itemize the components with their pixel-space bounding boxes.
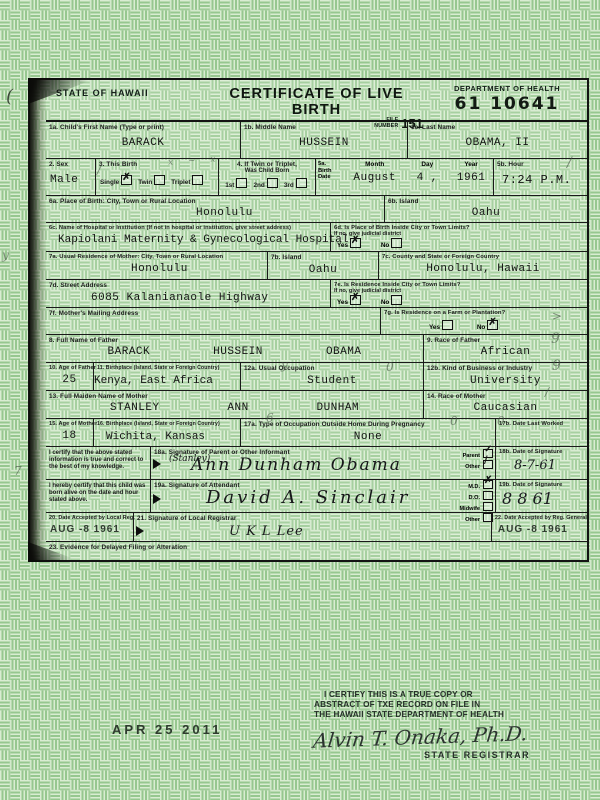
field-7b-value: Oahu bbox=[268, 264, 378, 276]
field-21: 21. Signature of Local Registrar U K L L… bbox=[134, 513, 492, 541]
field-7d: 7d. Street Address 6085 Kalanianaole Hig… bbox=[46, 280, 331, 307]
field-7a: 7a. Usual Residence of Mother: City, Tow… bbox=[46, 252, 268, 279]
field-9-label: 9. Race of Father bbox=[424, 335, 587, 344]
field-23-label: 23. Evidence for Delayed Filing or Alter… bbox=[46, 542, 587, 551]
checkbox-6d-no bbox=[391, 238, 402, 248]
checkbox-do bbox=[483, 491, 493, 500]
row-mother-name: 13. Full Maiden Name of Mother STANLEY A… bbox=[46, 391, 587, 419]
mother-middle-name: ANN bbox=[227, 402, 248, 414]
pencil-mark: > bbox=[552, 309, 562, 323]
received-date-stamp: APR 25 2011 bbox=[112, 722, 222, 737]
certification-line-3: THE HAWAII STATE DEPARTMENT OF HEALTH bbox=[314, 710, 584, 720]
field-17a-value: None bbox=[241, 431, 495, 443]
field-4: 4. If Twin or Triplet, Was Child Born 1s… bbox=[219, 159, 316, 195]
field-17b: 17b. Date Last Worked bbox=[496, 419, 587, 446]
month-value: August bbox=[344, 172, 405, 184]
field-7c-label: 7c. County and State or Foreign Country bbox=[379, 252, 587, 260]
attendant-signature: David A. Sinclair bbox=[206, 487, 410, 508]
field-20: 20. Date Accepted by Local Reg. AUG -8 1… bbox=[46, 513, 134, 541]
option-2nd-label: 2nd bbox=[253, 182, 264, 189]
field-6b-label: 6b. Island bbox=[385, 196, 587, 205]
certification-line-1: I CERTIFY THIS IS A TRUE COPY OR bbox=[314, 690, 584, 700]
field-16-value: Wichita, Kansas bbox=[106, 431, 240, 443]
certificate-number: 61 10641 bbox=[427, 94, 587, 114]
checkbox-7e-no bbox=[391, 295, 402, 305]
certify-statement-attendant-text: I hereby certify that this child was bor… bbox=[46, 480, 150, 504]
field-16-label: 16. Birthplace (Island, State or Foreign… bbox=[94, 419, 240, 427]
year-header: Year bbox=[449, 159, 493, 168]
field-6b-value: Oahu bbox=[385, 207, 587, 219]
field-11-value: Kenya, East Africa bbox=[94, 375, 240, 387]
checkbox-7g-no: ✗ bbox=[487, 320, 498, 330]
field-19b-label: 19b. Date of Signature bbox=[496, 480, 587, 488]
field-21-label: 21. Signature of Local Registrar bbox=[134, 513, 491, 522]
option-single-label: Single bbox=[100, 179, 119, 186]
field-5b-value: 7:24 P.M. bbox=[502, 173, 587, 187]
option-twin-label: Twin bbox=[138, 179, 152, 186]
signature-arrow-icon bbox=[153, 459, 161, 469]
field-1c-label: 1c. Last Name bbox=[408, 122, 587, 131]
field-1b-value: HUSSEIN bbox=[241, 137, 407, 149]
checkbox-6d-yes: ✗ bbox=[350, 238, 361, 248]
parent-option-label: Parent bbox=[463, 453, 480, 459]
field-7e: 7e. Is Residence Inside City or Town Lim… bbox=[331, 280, 587, 307]
field-1b: 1b. Middle Name HUSSEIN bbox=[241, 122, 408, 158]
row-residence: 7a. Usual Residence of Mother: City, Tow… bbox=[46, 252, 587, 280]
field-15: 15. Age of Mother 18 bbox=[46, 419, 94, 446]
checkbox-2nd bbox=[267, 178, 278, 188]
row-attendant-signature: I hereby certify that this child was bor… bbox=[46, 480, 587, 513]
field-12b-value: University bbox=[424, 375, 587, 387]
field-9-value: African bbox=[424, 346, 587, 358]
field-7d-value: 6085 Kalanianaole Highway bbox=[91, 292, 330, 304]
row-registrar: 20. Date Accepted by Local Reg. AUG -8 1… bbox=[46, 513, 587, 542]
field-5a-label: 5a. Birth Date bbox=[316, 159, 344, 195]
pencil-mark: y bbox=[281, 358, 288, 372]
field-5b-label: 5b. Hour bbox=[494, 159, 587, 168]
checkbox-twin bbox=[154, 175, 165, 185]
field-14-value: Caucasian bbox=[424, 402, 587, 414]
field-7c: 7c. County and State or Foreign Country … bbox=[379, 252, 587, 279]
row-place-of-birth: 6a. Place of Birth: City, Town or Rural … bbox=[46, 196, 587, 223]
pencil-mark: 0 bbox=[450, 414, 458, 428]
parent-signature: Ann Dunham Obama bbox=[191, 455, 402, 475]
day-value: 4 , bbox=[405, 172, 449, 184]
field-20-stamp: AUG -8 1961 bbox=[50, 524, 133, 535]
year-value: 1961 bbox=[449, 172, 493, 184]
father-first-name: BARACK bbox=[108, 346, 151, 358]
pencil-mark: / bbox=[97, 163, 101, 177]
field-16: 16. Birthplace (Island, State or Foreign… bbox=[94, 419, 241, 446]
field-6c-value: Kapiolani Maternity & Gynecological Hosp… bbox=[58, 234, 330, 246]
field-14: 14. Race of Mother Caucasian bbox=[424, 391, 587, 418]
book-binding-shadow bbox=[29, 79, 46, 561]
form-header: STATE OF HAWAII CERTIFICATE OF LIVE BIRT… bbox=[46, 80, 587, 122]
checkbox-7e-yes: ✗ bbox=[350, 295, 361, 305]
field-7a-value: Honolulu bbox=[131, 263, 267, 275]
form-title: CERTIFICATE OF LIVE BIRTH bbox=[206, 86, 427, 118]
field-13: 13. Full Maiden Name of Mother STANLEY A… bbox=[46, 391, 424, 418]
department-label: DEPARTMENT OF HEALTH bbox=[427, 84, 587, 93]
field-12a-label: 12a. Usual Occupation bbox=[241, 363, 423, 372]
checkbox-midwife bbox=[483, 502, 493, 511]
field-22-label: 22. Date Accepted by Reg. General bbox=[492, 513, 587, 521]
field-6a-value: Honolulu bbox=[196, 207, 384, 219]
field-18b-value: 8-7-61 bbox=[514, 458, 587, 473]
field-4-label2: Was Child Born bbox=[219, 168, 315, 174]
field-18a: 18a. Signature of Parent or Other Inform… bbox=[151, 447, 496, 479]
field-19a: 19a. Signature of Attendant David A. Sin… bbox=[151, 480, 496, 512]
checkbox-single: ✗ bbox=[121, 175, 132, 185]
field-1c: 1c. Last Name OBAMA, II bbox=[408, 122, 587, 158]
field-19b: 19b. Date of Signature 8 8 61 bbox=[496, 480, 587, 512]
field-7e-sub: If no, give judicial district bbox=[331, 288, 587, 294]
field-20-label: 20. Date Accepted by Local Reg. bbox=[46, 513, 133, 521]
field-7c-value: Honolulu, Hawaii bbox=[379, 263, 587, 275]
row-father-details: 10. Age of Father 25 11. Birthplace (Isl… bbox=[46, 363, 587, 391]
field-1a-value: BARACK bbox=[46, 137, 240, 149]
field-6d: 6d. Is Place of Birth Inside City or Tow… bbox=[331, 223, 587, 251]
checkbox-1st bbox=[236, 178, 247, 188]
field-1b-label: 1b. Middle Name bbox=[241, 122, 407, 131]
field-7g-no-label: No bbox=[477, 324, 486, 331]
pencil-mark: 0 bbox=[386, 360, 394, 374]
birth-certificate-form: STATE OF HAWAII CERTIFICATE OF LIVE BIRT… bbox=[28, 78, 589, 562]
pencil-mark: / bbox=[545, 385, 549, 399]
pencil-mark: / bbox=[567, 155, 572, 171]
field-9: 9. Race of Father African bbox=[424, 335, 587, 362]
pencil-mark: 0 bbox=[497, 414, 505, 428]
certification-block: I CERTIFY THIS IS A TRUE COPY OR ABSTRAC… bbox=[314, 690, 584, 760]
row-mother-details: 15. Age of Mother 18 16. Birthplace (Isl… bbox=[46, 419, 587, 447]
field-13-label: 13. Full Maiden Name of Mother bbox=[46, 391, 423, 400]
field-7b: 7b. Island Oahu bbox=[268, 252, 379, 279]
mother-first-name: STANLEY bbox=[110, 402, 160, 414]
option-1st-label: 1st bbox=[225, 182, 234, 189]
do-option-label: D.O. bbox=[469, 495, 481, 501]
day-header: Day bbox=[405, 159, 449, 168]
row-hospital: 6c. Name of Hospital or Institution (If … bbox=[46, 223, 587, 252]
field-2: 2. Sex Male bbox=[46, 159, 96, 195]
midwife-option-label: Midwife bbox=[459, 506, 480, 512]
field-6d-yes-label: Yes bbox=[337, 242, 348, 249]
field-2-value: Male bbox=[50, 174, 95, 186]
certify-statement-parent-text: I certify that the above stated informat… bbox=[46, 447, 150, 471]
month-header: Month bbox=[344, 159, 405, 168]
row-mailing-address: 7f. Mother's Mailing Address 7g. Is Resi… bbox=[46, 308, 587, 335]
field-6c-label: 6c. Name of Hospital or Institution (If … bbox=[46, 223, 330, 231]
field-8-label: 8. Full Name of Father bbox=[46, 335, 423, 344]
checkbox-7g-yes bbox=[442, 320, 453, 330]
field-2-label: 2. Sex bbox=[46, 159, 95, 168]
field-6a-label: 6a. Place of Birth: City, Town or Rural … bbox=[46, 196, 384, 205]
row-street-address: 7d. Street Address 6085 Kalanianaole Hig… bbox=[46, 280, 587, 308]
field-7f: 7f. Mother's Mailing Address bbox=[46, 308, 381, 334]
state-registrar-signature: Alvin T. Onaka, Ph.D. bbox=[312, 719, 586, 752]
field-6b: 6b. Island Oahu bbox=[385, 196, 587, 222]
field-11-label: 11. Birthplace (Island, State or Foreign… bbox=[94, 363, 240, 371]
field-12a: 12a. Usual Occupation Student bbox=[241, 363, 424, 390]
mother-maiden-name: DUNHAM bbox=[316, 402, 359, 414]
field-22: 22. Date Accepted by Reg. General AUG -8… bbox=[492, 513, 587, 541]
signature-arrow-icon bbox=[153, 494, 161, 504]
md-option-label: M.D. bbox=[468, 484, 480, 490]
scanned-birth-certificate-page: { "header": { "state": "STATE OF HAWAII"… bbox=[0, 0, 600, 800]
field-6c: 6c. Name of Hospital or Institution (If … bbox=[46, 223, 331, 251]
field-15-label: 15. Age of Mother bbox=[46, 419, 93, 427]
certify-statement-parent: I certify that the above stated informat… bbox=[46, 447, 151, 479]
field-7e-no-label: No bbox=[381, 299, 390, 306]
field-12a-value: Student bbox=[241, 375, 423, 387]
field-10-value: 25 bbox=[46, 374, 93, 386]
field-4-label1: 4. If Twin or Triplet, bbox=[219, 159, 315, 168]
field-14-label: 14. Race of Mother bbox=[424, 391, 587, 400]
field-10-label: 10. Age of Father bbox=[46, 363, 93, 371]
field-23: 23. Evidence for Delayed Filing or Alter… bbox=[46, 542, 587, 560]
field-10: 10. Age of Father 25 bbox=[46, 363, 94, 390]
field-1a-label: 1a. Child's First Name (Type or print) bbox=[46, 122, 240, 131]
pencil-mark: 7 bbox=[14, 464, 22, 478]
row-sex-birth-date: 2. Sex Male 3. This Birth Single✗ Twin T… bbox=[46, 159, 587, 196]
field-12b: 12b. Kind of Business or Industry Univer… bbox=[424, 363, 587, 390]
pencil-mark: ( bbox=[6, 86, 13, 107]
field-6d-label: 6d. Is Place of Birth Inside City or Tow… bbox=[331, 223, 587, 231]
field-7a-label: 7a. Usual Residence of Mother: City, Tow… bbox=[46, 252, 267, 260]
field-7f-label: 7f. Mother's Mailing Address bbox=[46, 308, 380, 317]
field-7e-label: 7e. Is Residence Inside City or Town Lim… bbox=[331, 280, 587, 288]
certification-line-2: ABSTRACT OF TXE RECORD ON FILE IN bbox=[314, 700, 584, 710]
option-3rd-label: 3rd bbox=[284, 182, 294, 189]
field-6a: 6a. Place of Birth: City, Town or Rural … bbox=[46, 196, 385, 222]
signature-arrow-icon bbox=[136, 526, 144, 536]
row-delayed-filing: 23. Evidence for Delayed Filing or Alter… bbox=[46, 542, 587, 560]
other-option-label: Other bbox=[465, 464, 480, 470]
field-7b-label: 7b. Island bbox=[268, 252, 378, 261]
field-5b: 5b. Hour 7:24 P.M. bbox=[494, 159, 587, 195]
field-1a: 1a. Child's First Name (Type or print) B… bbox=[46, 122, 241, 158]
row-father-name: 8. Full Name of Father BARACK HUSSEIN OB… bbox=[46, 335, 587, 363]
field-22-stamp: AUG -8 1961 bbox=[498, 524, 587, 535]
field-8: 8. Full Name of Father BARACK HUSSEIN OB… bbox=[46, 335, 424, 362]
checkbox-md: ✗ bbox=[483, 480, 493, 489]
checkbox-other-informant: / bbox=[483, 460, 493, 469]
certify-statement-attendant: I hereby certify that this child was bor… bbox=[46, 480, 151, 512]
field-7g-yes-label: Yes bbox=[429, 324, 440, 331]
field-18b: 18b. Date of Signature 8-7-61 bbox=[496, 447, 587, 479]
pencil-mark: y bbox=[2, 248, 9, 262]
pencil-mark: 6 bbox=[266, 411, 274, 425]
row-parent-signature: I certify that the above stated informat… bbox=[46, 447, 587, 480]
row-child-name: 1a. Child's First Name (Type or print) B… bbox=[46, 122, 587, 159]
field-7e-yes-label: Yes bbox=[337, 299, 348, 306]
pencil-mark: 9 bbox=[551, 331, 560, 347]
field-1c-value: OBAMA, II bbox=[408, 137, 587, 149]
checkbox-3rd bbox=[296, 178, 307, 188]
field-7d-label: 7d. Street Address bbox=[46, 280, 330, 289]
father-last-name: OBAMA bbox=[326, 346, 362, 358]
field-15-value: 18 bbox=[46, 430, 93, 442]
field-6d-no-label: No bbox=[381, 242, 390, 249]
father-middle-name: HUSSEIN bbox=[213, 346, 263, 358]
state-registrar-title: STATE REGISTRAR bbox=[424, 750, 584, 760]
field-6d-sub: If no, give judicial district bbox=[331, 231, 587, 237]
local-registrar-signature: U K L Lee bbox=[229, 522, 304, 540]
field-11: 11. Birthplace (Island, State or Foreign… bbox=[94, 363, 241, 390]
option-triplet-label: Triplet bbox=[171, 179, 190, 186]
field-19b-value: 8 8 61 bbox=[502, 489, 587, 508]
field-5a: 5a. Birth Date Month August Day 4 , Year… bbox=[316, 159, 494, 195]
checkbox-triplet bbox=[192, 175, 203, 185]
pencil-mark: 9 bbox=[552, 358, 561, 374]
field-17b-label: 17b. Date Last Worked bbox=[496, 419, 587, 427]
field-12b-label: 12b. Kind of Business or Industry bbox=[424, 363, 587, 372]
field-18b-label: 18b. Date of Signature bbox=[496, 447, 587, 455]
